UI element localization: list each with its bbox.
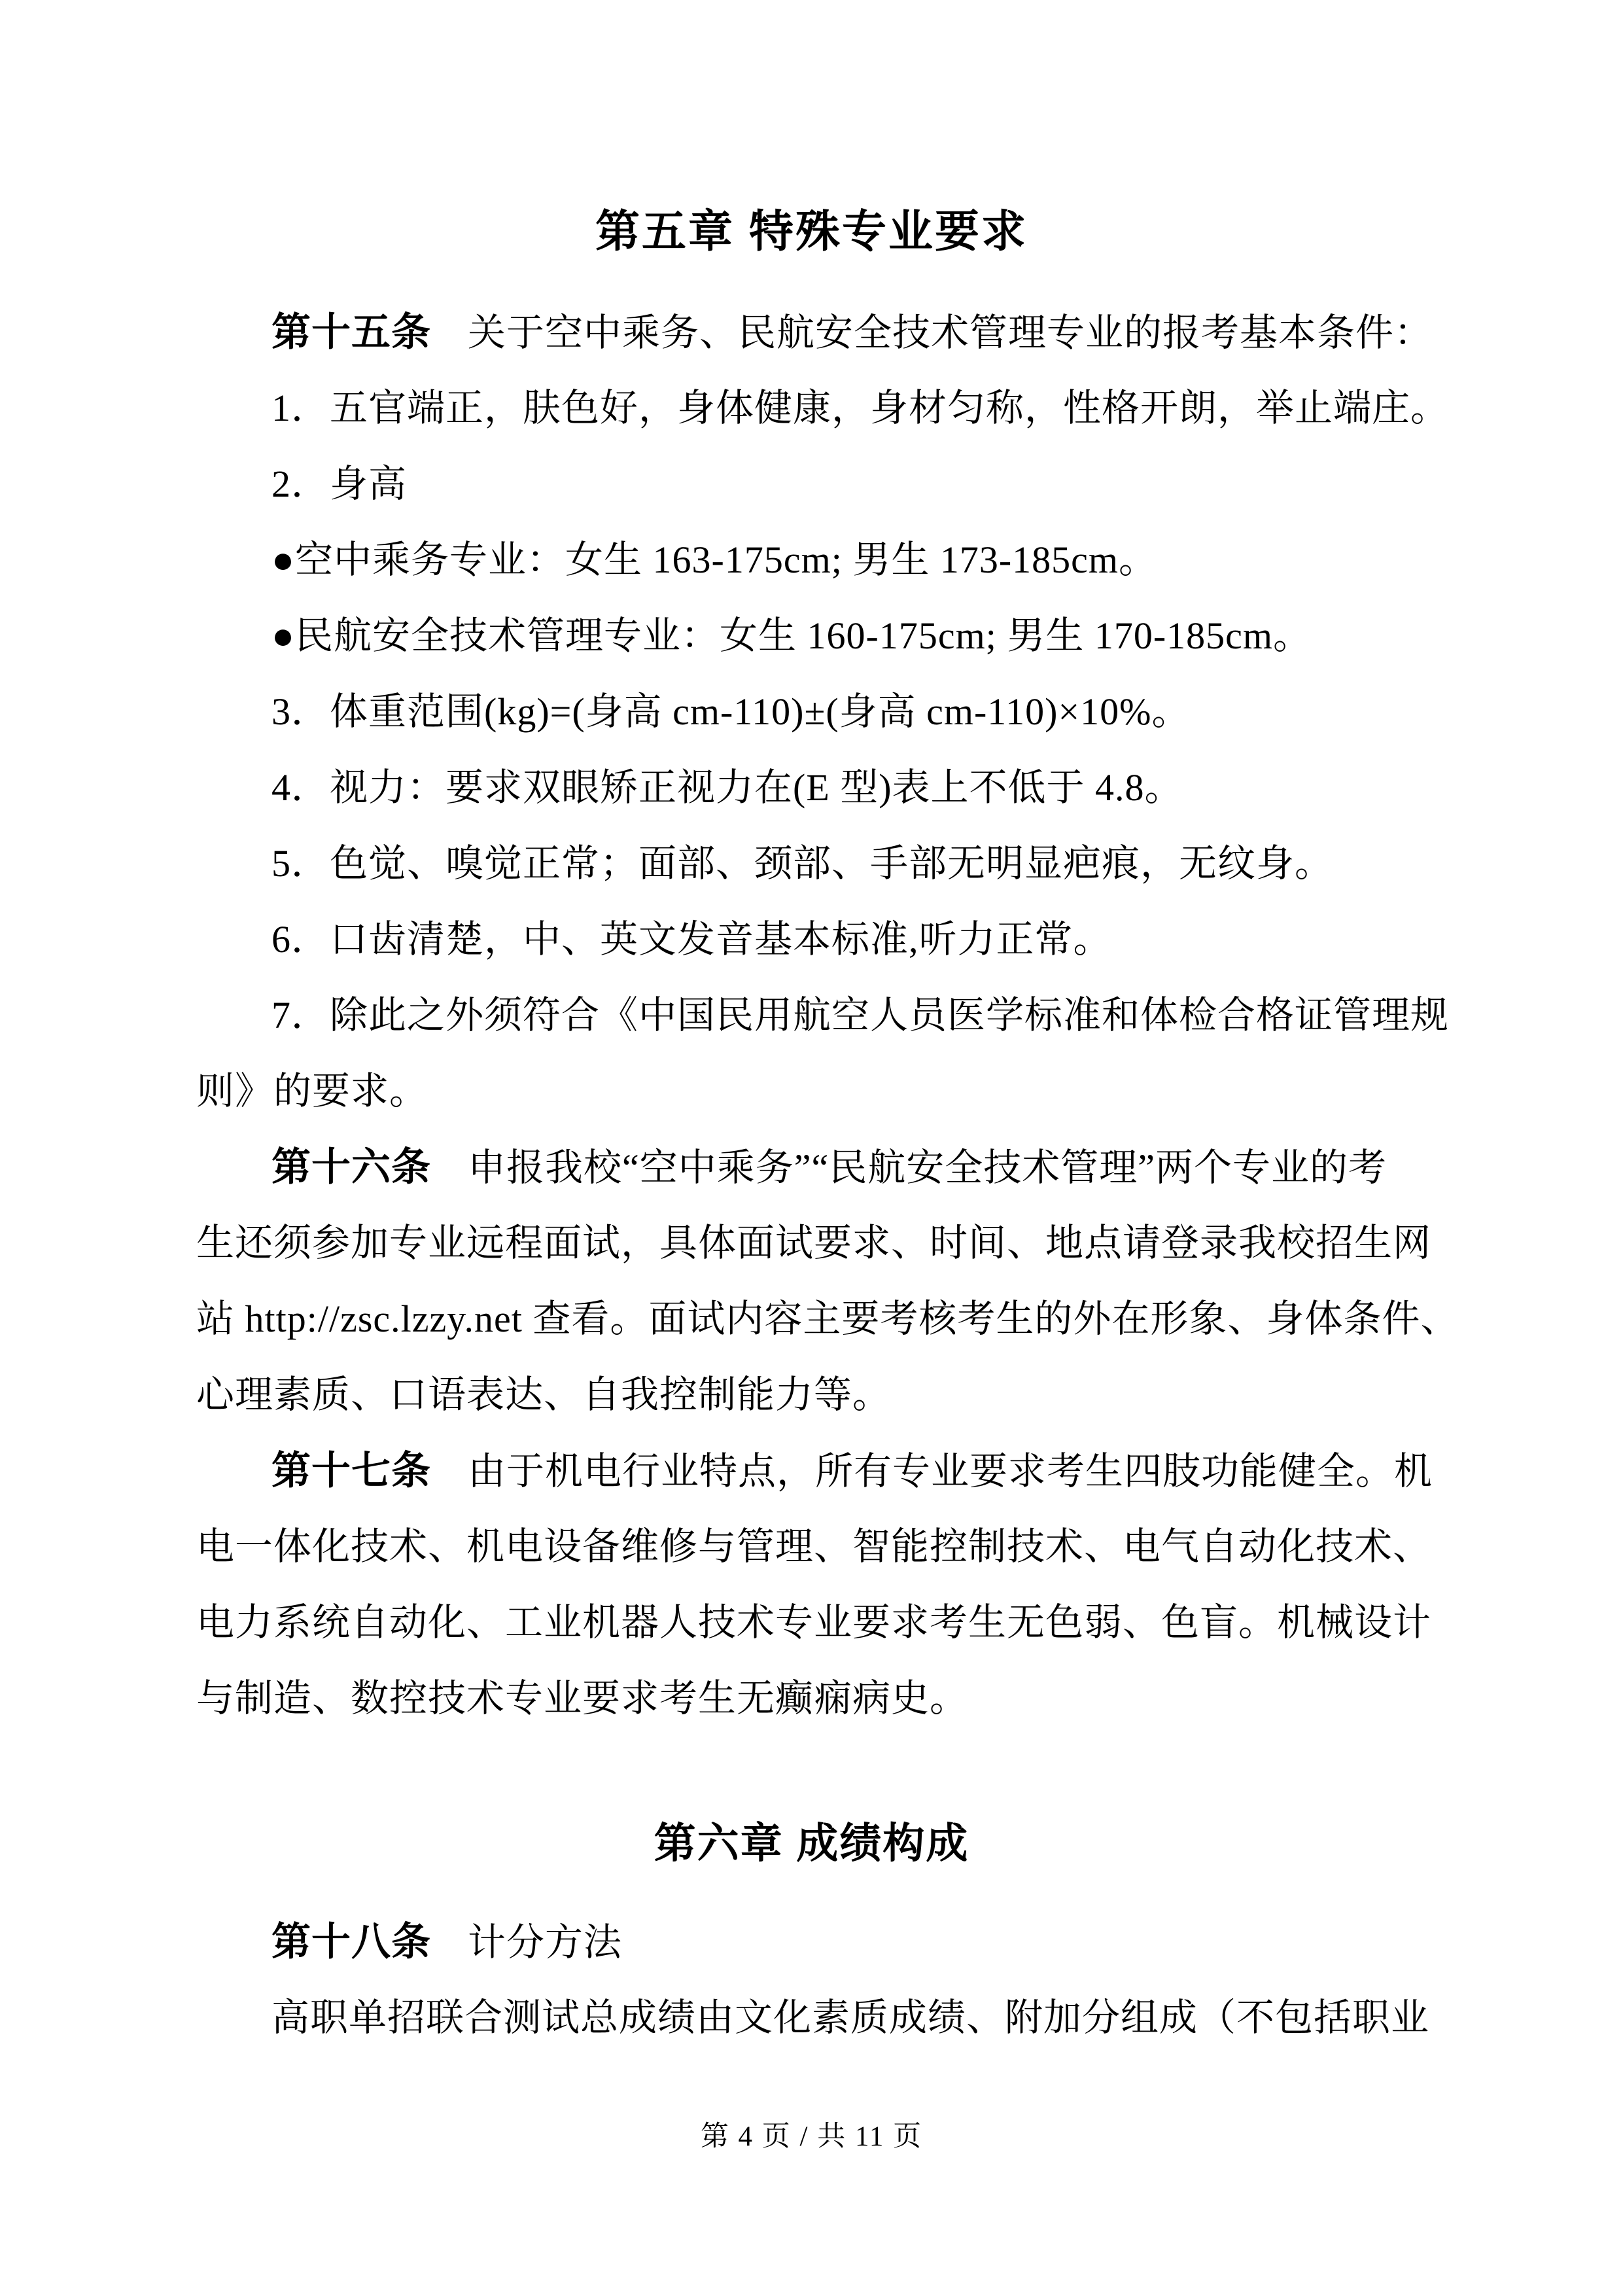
line-text: 5．色觉、嗅觉正常；面部、颈部、手部无明显疤痕，无纹身。 xyxy=(271,842,1333,885)
line-text: 6．口齿清楚，中、英文发音基本标准,听力正常。 xyxy=(271,918,1112,961)
line-text: 关于空中乘务、民航安全技术管理专业的报考基本条件： xyxy=(468,311,1433,354)
line-text: 生还须参加专业远程面试，具体面试要求、时间、地点请登录我校招生网 xyxy=(196,1222,1431,1264)
article-line: 第十八条计分方法 xyxy=(271,1917,1429,1968)
line-text: 计分方法 xyxy=(468,1921,622,1964)
line-text: 电一体化技术、机电设备维修与管理、智能控制技术、电气自动化技术、 xyxy=(196,1525,1431,1568)
line-text: 申报我校“空中乘务”“民航安全技术管理”两个专业的考 xyxy=(468,1146,1387,1189)
line-text: 高职单招联合测试总成绩由文化素质成绩、附加分组成（不包括职业 xyxy=(271,1996,1429,2039)
line-text: 7．除此之外须符合《中国民用航空人员医学标准和体检合格证管理规 xyxy=(271,994,1449,1036)
text-line: 心理素质、口语表达、自我控制能力等。 xyxy=(196,1370,1429,1420)
text-line: 1．五官端正，肤色好，身体健康，身材匀称，性格开朗，举止端庄。 xyxy=(271,383,1429,433)
chapter5-heading: 第五章 特殊专业要求 xyxy=(0,208,1623,255)
line-text: 2．身高 xyxy=(271,463,407,505)
chapter6-heading: 第六章 成绩构成 xyxy=(0,1820,1623,1866)
text-line: 电一体化技术、机电设备维修与管理、智能控制技术、电气自动化技术、 xyxy=(196,1522,1429,1572)
article-number: 第十七条 xyxy=(271,1449,431,1492)
text-line: 4．视力：要求双眼矫正视力在(E 型)表上不低于 4.8。 xyxy=(271,763,1429,813)
text-line: 3．体重范围(kg)=(身高 cm-110)±(身高 cm-110)×10%。 xyxy=(271,687,1429,737)
text-line: 6．口齿清楚，中、英文发音基本标准,听力正常。 xyxy=(271,915,1429,964)
text-line: 2．身高 xyxy=(271,459,1429,509)
article-line: 第十七条由于机电行业特点，所有专业要求考生四肢功能健全。机 xyxy=(271,1446,1429,1496)
line-text: ●民航安全技术管理专业：女生 160-175cm; 男生 170-185cm。 xyxy=(271,614,1312,657)
article-number: 第十六条 xyxy=(271,1145,431,1189)
text-line: ●民航安全技术管理专业：女生 160-175cm; 男生 170-185cm。 xyxy=(271,611,1429,661)
article-number: 第十八条 xyxy=(271,1920,431,1964)
article-line: 第十五条关于空中乘务、民航安全技术管理专业的报考基本条件： xyxy=(271,308,1429,358)
text-line: 7．除此之外须符合《中国民用航空人员医学标准和体检合格证管理规 xyxy=(271,991,1429,1040)
text-line: 电力系统自动化、工业机器人技术专业要求考生无色弱、色盲。机械设计 xyxy=(196,1598,1429,1648)
line-text: 站 http://zsc.lzzy.net 查看。面试内容主要考核考生的外在形象… xyxy=(196,1298,1459,1340)
text-line: 站 http://zsc.lzzy.net 查看。面试内容主要考核考生的外在形象… xyxy=(196,1294,1429,1344)
line-text: 1．五官端正，肤色好，身体健康，身材匀称，性格开朗，举止端庄。 xyxy=(271,387,1449,429)
line-text: ●空中乘务专业：女生 163-175cm; 男生 173-185cm。 xyxy=(271,539,1157,581)
line-text: 与制造、数控技术专业要求考生无癫痫病史。 xyxy=(196,1677,968,1720)
line-text: 心理素质、口语表达、自我控制能力等。 xyxy=(196,1373,891,1416)
line-text: 4．视力：要求双眼矫正视力在(E 型)表上不低于 4.8。 xyxy=(271,766,1183,809)
line-text: 3．体重范围(kg)=(身高 cm-110)±(身高 cm-110)×10%。 xyxy=(271,690,1191,733)
document-page: 第五章 特殊专业要求 第十五条关于空中乘务、民航安全技术管理专业的报考基本条件：… xyxy=(0,0,1623,2296)
article-line: 第十六条申报我校“空中乘务”“民航安全技术管理”两个专业的考 xyxy=(271,1142,1429,1193)
text-line: 生还须参加专业远程面试，具体面试要求、时间、地点请登录我校招生网 xyxy=(196,1218,1429,1268)
text-line: ●空中乘务专业：女生 163-175cm; 男生 173-185cm。 xyxy=(271,535,1429,585)
text-line: 与制造、数控技术专业要求考生无癫痫病史。 xyxy=(196,1674,1429,1723)
line-text: 由于机电行业特点，所有专业要求考生四肢功能健全。机 xyxy=(468,1450,1433,1492)
line-text: 电力系统自动化、工业机器人技术专业要求考生无色弱、色盲。机械设计 xyxy=(196,1601,1431,1644)
article-number: 第十五条 xyxy=(271,310,431,354)
text-line: 5．色觉、嗅觉正常；面部、颈部、手部无明显疤痕，无纹身。 xyxy=(271,839,1429,889)
line-text: 则》的要求。 xyxy=(196,1070,428,1112)
text-line: 则》的要求。 xyxy=(196,1067,1429,1116)
text-line: 高职单招联合测试总成绩由文化素质成绩、附加分组成（不包括职业 xyxy=(271,1993,1429,2043)
page-number-footer: 第 4 页 / 共 11 页 xyxy=(0,2120,1623,2154)
